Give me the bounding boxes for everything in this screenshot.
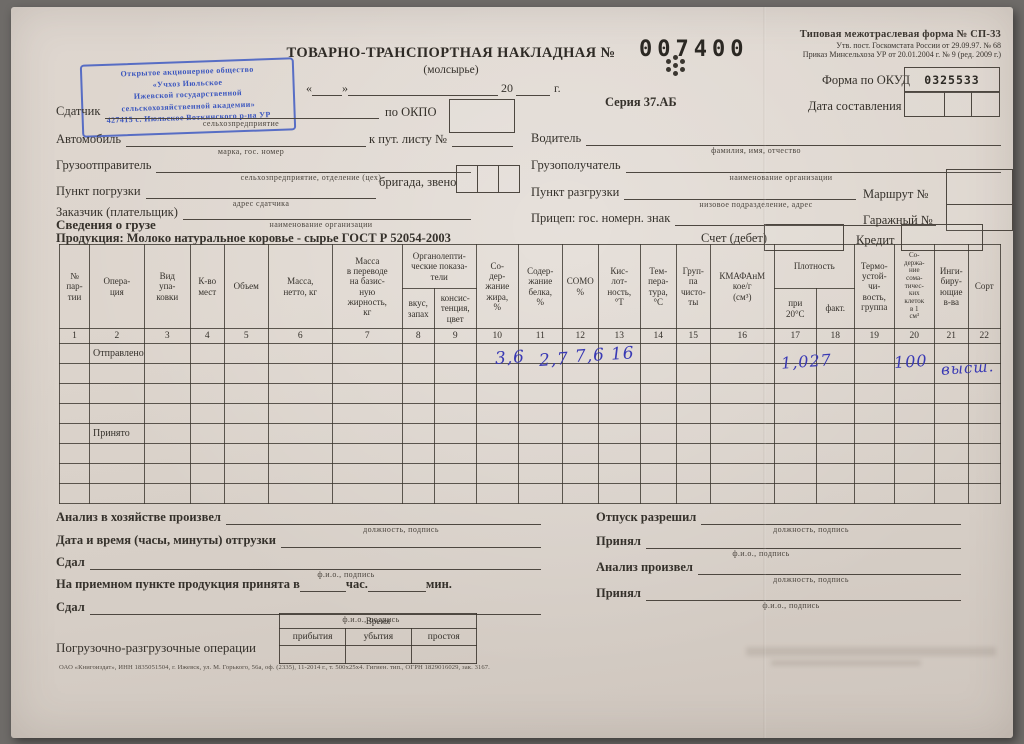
column-header: Масса в переводе на базис- ную жирность,… bbox=[332, 245, 402, 329]
column-header: № пар- тии bbox=[60, 245, 90, 329]
table-cell bbox=[934, 384, 968, 404]
sdatchik-blank bbox=[105, 102, 379, 119]
table-cell bbox=[268, 464, 332, 484]
table-number-row: 12345678910111213141516171819202122 bbox=[60, 329, 1001, 344]
table-cell bbox=[402, 444, 434, 464]
column-number: 15 bbox=[676, 329, 710, 344]
column-header: К-во мест bbox=[190, 245, 224, 329]
table-row: Принято bbox=[60, 424, 1001, 444]
avtomobil-sublabel: марка, гос. номер bbox=[161, 147, 341, 156]
table-cell bbox=[894, 444, 934, 464]
prinyal-blank bbox=[646, 532, 961, 549]
column-header: вкус, запах bbox=[402, 289, 434, 329]
table-cell bbox=[268, 484, 332, 504]
table-cell bbox=[402, 484, 434, 504]
column-header: Объем bbox=[224, 245, 268, 329]
column-number: 4 bbox=[190, 329, 224, 344]
table-cell bbox=[854, 404, 894, 424]
form-approval-line: Утв. пост. Госкомстата России от 29.09.9… bbox=[701, 41, 1001, 50]
marshrut-box bbox=[946, 169, 1013, 205]
table-cell bbox=[60, 484, 90, 504]
brigada-box bbox=[456, 165, 520, 193]
table-cell bbox=[60, 444, 90, 464]
field-analiz-proizvel: Анализ произвел bbox=[596, 559, 961, 575]
table-cell bbox=[60, 464, 90, 484]
date-cell bbox=[945, 92, 972, 116]
column-header: факт. bbox=[816, 289, 854, 329]
table-cell bbox=[934, 444, 968, 464]
table-cell bbox=[332, 484, 402, 504]
column-number: 13 bbox=[598, 329, 640, 344]
table-cell bbox=[676, 364, 710, 384]
table-cell bbox=[816, 404, 854, 424]
punkt-pogruzki-blank bbox=[146, 182, 376, 199]
sdal-blank bbox=[90, 553, 541, 570]
field-punkt-pogruzki: Пункт погрузки bbox=[56, 183, 376, 199]
density-header: Плотность bbox=[774, 245, 854, 289]
table-cell bbox=[816, 444, 854, 464]
column-number: 18 bbox=[816, 329, 854, 344]
marshrut-label: Маршрут № bbox=[863, 187, 928, 202]
punkt-razgruzki-label: Пункт разгрузки bbox=[531, 185, 624, 200]
table-cell bbox=[190, 404, 224, 424]
table-cell bbox=[854, 464, 894, 484]
field-voditel: Водитель bbox=[531, 130, 1001, 146]
table-cell bbox=[60, 344, 90, 364]
punkt-razgruzki-blank bbox=[624, 183, 856, 200]
date-month-blank bbox=[348, 83, 498, 96]
table-row bbox=[60, 404, 1001, 424]
table-cell bbox=[332, 384, 402, 404]
showthrough-smudge bbox=[771, 660, 921, 666]
table-cell bbox=[640, 344, 676, 364]
table-cell bbox=[854, 384, 894, 404]
table-cell bbox=[268, 344, 332, 364]
table-cell bbox=[710, 364, 774, 384]
column-number: 16 bbox=[710, 329, 774, 344]
table-cell bbox=[402, 464, 434, 484]
table-cell bbox=[710, 344, 774, 364]
table-cell bbox=[476, 384, 518, 404]
prinyal-blank bbox=[646, 584, 961, 601]
analiz-proizvel-sublabel: должность, подпись bbox=[711, 575, 911, 584]
column-number: 17 bbox=[774, 329, 816, 344]
table-cell bbox=[934, 404, 968, 424]
data-vremya-blank bbox=[281, 531, 541, 548]
column-number: 1 bbox=[60, 329, 90, 344]
table-cell bbox=[90, 384, 145, 404]
table-cell bbox=[60, 404, 90, 424]
table-cell bbox=[332, 404, 402, 424]
table-cell bbox=[190, 424, 224, 444]
handwritten-acidity-value: 16 bbox=[610, 343, 635, 365]
cargo-table: № пар- тии Опера- ция Вид упа- ковки К-в… bbox=[59, 244, 1001, 504]
table-cell bbox=[402, 344, 434, 364]
table-cell bbox=[268, 404, 332, 424]
document-subtitle: (молсырье) bbox=[236, 64, 666, 76]
field-prinyal-2: Принял bbox=[596, 585, 961, 601]
data-vremya-label: Дата и время (часы, минуты) отгрузки bbox=[56, 533, 281, 548]
gruzopoluchatel-blank bbox=[626, 156, 1001, 173]
table-row bbox=[60, 444, 1001, 464]
table-cell bbox=[968, 404, 1000, 424]
handwritten-fat-value: 3,6 bbox=[494, 347, 525, 369]
gruzootpravitel-blank bbox=[156, 156, 471, 173]
table-cell bbox=[774, 464, 816, 484]
table-cell bbox=[434, 464, 476, 484]
table-cell bbox=[934, 424, 968, 444]
column-number: 21 bbox=[934, 329, 968, 344]
handwritten-protein-value: 2,7 bbox=[538, 349, 569, 371]
table-cell bbox=[144, 484, 190, 504]
table-cell bbox=[968, 444, 1000, 464]
table-cell bbox=[676, 344, 710, 364]
table-cell bbox=[894, 464, 934, 484]
chas-label: час. bbox=[346, 577, 368, 591]
table-cell bbox=[268, 444, 332, 464]
brigada-cell bbox=[478, 166, 499, 192]
table-cell bbox=[144, 464, 190, 484]
table-cell bbox=[968, 484, 1000, 504]
punkt-razgruzki-sublabel: низовое подразделение, адрес bbox=[631, 200, 881, 209]
field-analiz-hozyaistvo: Анализ в хозяйстве произвел bbox=[56, 509, 541, 525]
table-cell bbox=[402, 424, 434, 444]
column-number: 7 bbox=[332, 329, 402, 344]
table-cell bbox=[434, 424, 476, 444]
pricep-label: Прицеп: гос. номерн. знак bbox=[531, 211, 675, 226]
column-header: Со- держа- ние сома- тичес- ких клеток в… bbox=[894, 245, 934, 329]
table-cell bbox=[774, 384, 816, 404]
table-cell bbox=[598, 464, 640, 484]
handwritten-grade-value: высш. bbox=[940, 357, 994, 379]
table-cell bbox=[640, 364, 676, 384]
gruzopoluchatel-label: Грузополучатель bbox=[531, 158, 626, 173]
column-header: Содер- жание белка, % bbox=[518, 245, 562, 329]
column-number: 14 bbox=[640, 329, 676, 344]
column-header: при 20°С bbox=[774, 289, 816, 329]
okud-code-box: 0325533 bbox=[904, 67, 1000, 93]
table-cell bbox=[598, 424, 640, 444]
table-cell bbox=[90, 464, 145, 484]
avtomobil-blank bbox=[126, 130, 366, 147]
table-cell bbox=[518, 464, 562, 484]
analiz-blank bbox=[226, 508, 541, 525]
min-label: мин. bbox=[426, 577, 452, 591]
compile-date-label: Дата составления bbox=[808, 99, 902, 114]
table-cell bbox=[934, 464, 968, 484]
table-cell bbox=[640, 404, 676, 424]
field-data-vremya: Дата и время (часы, минуты) отгрузки bbox=[56, 532, 541, 548]
table-cell bbox=[710, 444, 774, 464]
table-body: ОтправленоПринято bbox=[60, 344, 1001, 504]
table-cell bbox=[402, 384, 434, 404]
document-page: ТОВАРНО-ТРАНСПОРТНАЯ НАКЛАДНАЯ № 007400 … bbox=[11, 7, 1013, 738]
table-cell bbox=[968, 424, 1000, 444]
table-cell bbox=[598, 444, 640, 464]
handwritten-density-value: 1,027 bbox=[780, 350, 832, 372]
time-table-title: Время bbox=[280, 614, 477, 629]
table-cell bbox=[90, 404, 145, 424]
loading-operations-label: Погрузочно-разгрузочные операции bbox=[56, 640, 256, 656]
table-cell bbox=[190, 384, 224, 404]
table-cell bbox=[562, 404, 598, 424]
table-cell bbox=[710, 384, 774, 404]
table-cell bbox=[676, 464, 710, 484]
organoleptic-header: Органолепти- ческие показа- тели bbox=[402, 245, 476, 289]
table-cell bbox=[476, 464, 518, 484]
field-avtomobil: Автомобиль bbox=[56, 131, 366, 147]
table-cell bbox=[268, 384, 332, 404]
table-cell bbox=[476, 444, 518, 464]
table-cell bbox=[894, 384, 934, 404]
column-header: Кис- лот- ность, °Т bbox=[598, 245, 640, 329]
table-cell bbox=[144, 424, 190, 444]
sdatchik-sublabel: сельхозпредприятие bbox=[151, 119, 331, 128]
table-cell bbox=[676, 484, 710, 504]
column-number: 22 bbox=[968, 329, 1000, 344]
table-row bbox=[60, 364, 1001, 384]
field-gruzootpravitel: Грузоотправитель bbox=[56, 157, 471, 173]
column-number: 3 bbox=[144, 329, 190, 344]
analiz-label: Анализ в хозяйстве произвел bbox=[56, 510, 226, 525]
table-cell bbox=[676, 384, 710, 404]
table-cell bbox=[518, 484, 562, 504]
table-cell bbox=[434, 404, 476, 424]
table-cell bbox=[60, 424, 90, 444]
table-row bbox=[60, 384, 1001, 404]
table-cell bbox=[332, 344, 402, 364]
okud-code-value: 0325533 bbox=[905, 68, 999, 92]
table-cell bbox=[968, 464, 1000, 484]
prinyal-sublabel: ф.и.о., подпись bbox=[671, 549, 851, 558]
brigada-label: бригада, звено bbox=[379, 175, 456, 190]
column-number: 2 bbox=[90, 329, 145, 344]
form-reference-block: Типовая межотраслевая форма № СП-33 Утв.… bbox=[701, 29, 1001, 59]
otpusk-label: Отпуск разрешил bbox=[596, 510, 701, 525]
table-cell bbox=[562, 384, 598, 404]
table-cell bbox=[476, 484, 518, 504]
table-cell bbox=[224, 464, 268, 484]
column-header: консис- тенция, цвет bbox=[434, 289, 476, 329]
table-cell bbox=[90, 484, 145, 504]
table-cell bbox=[676, 444, 710, 464]
date-cell bbox=[972, 92, 999, 116]
table-cell bbox=[710, 484, 774, 504]
column-header: Вид упа- ковки bbox=[144, 245, 190, 329]
table-cell bbox=[968, 384, 1000, 404]
column-number: 12 bbox=[562, 329, 598, 344]
table-cell bbox=[774, 484, 816, 504]
column-number: 19 bbox=[854, 329, 894, 344]
column-header: Сорт bbox=[968, 245, 1000, 329]
table-cell bbox=[332, 464, 402, 484]
table-cell bbox=[144, 384, 190, 404]
table-cell bbox=[224, 484, 268, 504]
column-number: 5 bbox=[224, 329, 268, 344]
year-prefix: 20 bbox=[498, 81, 516, 96]
table-cell bbox=[640, 484, 676, 504]
table-cell bbox=[816, 484, 854, 504]
table-cell bbox=[434, 444, 476, 464]
column-number: 6 bbox=[268, 329, 332, 344]
table-cell bbox=[144, 364, 190, 384]
table-cell bbox=[562, 464, 598, 484]
time-cell bbox=[411, 646, 477, 664]
field-punkt-razgruzki: Пункт разгрузки bbox=[531, 184, 856, 200]
table-cell bbox=[268, 424, 332, 444]
table-cell bbox=[894, 404, 934, 424]
table-cell bbox=[854, 484, 894, 504]
showthrough-smudge bbox=[746, 647, 996, 656]
table-cell bbox=[640, 384, 676, 404]
handwritten-somatic-value: 100 bbox=[893, 351, 928, 372]
table-cell bbox=[518, 384, 562, 404]
column-number: 9 bbox=[434, 329, 476, 344]
okpo-box bbox=[449, 99, 515, 133]
year-suffix: г. bbox=[550, 81, 561, 96]
time-cell bbox=[280, 646, 346, 664]
brigada-cell bbox=[499, 166, 519, 192]
time-col-departure: убытия bbox=[346, 629, 411, 646]
table-cell bbox=[710, 404, 774, 424]
time-cell bbox=[346, 646, 411, 664]
time-table: Время прибытия убытия простоя bbox=[279, 613, 477, 664]
priem-line: На приемном пункте продукция принята вча… bbox=[56, 577, 452, 592]
table-cell bbox=[434, 384, 476, 404]
punkt-pogruzki-label: Пункт погрузки bbox=[56, 184, 146, 199]
table-cell bbox=[224, 424, 268, 444]
date-line: «»20г. bbox=[306, 81, 606, 96]
handwritten-somo-value: 7,6 bbox=[574, 345, 605, 367]
table-row: Отправлено bbox=[60, 344, 1001, 364]
table-cell bbox=[90, 364, 145, 384]
table-cell bbox=[710, 464, 774, 484]
table-cell bbox=[894, 484, 934, 504]
series-label: Серия 37.АБ bbox=[605, 95, 677, 110]
table-cell bbox=[934, 484, 968, 504]
brigada-cell bbox=[457, 166, 478, 192]
table-cell bbox=[224, 444, 268, 464]
table-cell bbox=[224, 404, 268, 424]
table-cell bbox=[854, 444, 894, 464]
table-cell bbox=[598, 484, 640, 504]
table-cell bbox=[854, 424, 894, 444]
column-header: Тем- пера- тура, °С bbox=[640, 245, 676, 329]
registration-mark-icon bbox=[673, 63, 678, 68]
table-cell bbox=[640, 444, 676, 464]
table-cell bbox=[268, 364, 332, 384]
gruzopoluchatel-sublabel: наименование организации bbox=[651, 173, 911, 182]
table-cell bbox=[774, 404, 816, 424]
sdal-label: Сдал bbox=[56, 600, 90, 615]
table-cell bbox=[518, 424, 562, 444]
okpo-label: по ОКПО bbox=[385, 105, 436, 120]
column-header: СОМО % bbox=[562, 245, 598, 329]
table-cell bbox=[190, 364, 224, 384]
table-cell bbox=[710, 424, 774, 444]
analiz-proizvel-blank bbox=[698, 558, 961, 575]
column-header: Масса, нетто, кг bbox=[268, 245, 332, 329]
table-cell bbox=[434, 364, 476, 384]
priem-min-blank bbox=[368, 579, 426, 592]
form-type-line: Типовая межотраслевая форма № СП-33 bbox=[701, 29, 1001, 40]
field-putlist: к пут. листу № bbox=[369, 131, 513, 147]
table-cell bbox=[144, 344, 190, 364]
table-cell bbox=[60, 364, 90, 384]
analiz-proizvel-label: Анализ произвел bbox=[596, 560, 698, 575]
time-col-arrival: прибытия bbox=[280, 629, 346, 646]
table-cell bbox=[144, 404, 190, 424]
prinyal-sublabel: ф.и.о., подпись bbox=[691, 601, 891, 610]
date-year-blank bbox=[516, 83, 550, 96]
table-cell bbox=[676, 404, 710, 424]
gruzootpravitel-label: Грузоотправитель bbox=[56, 158, 156, 173]
putlist-blank bbox=[452, 130, 513, 147]
table-cell bbox=[434, 484, 476, 504]
table-cell bbox=[190, 464, 224, 484]
column-number: 8 bbox=[402, 329, 434, 344]
operation-cell: Принято bbox=[90, 424, 145, 444]
compile-date-box bbox=[904, 91, 1000, 117]
table-cell bbox=[774, 424, 816, 444]
otpusk-blank bbox=[701, 508, 961, 525]
table-row bbox=[60, 464, 1001, 484]
table-cell bbox=[854, 364, 894, 384]
table-cell bbox=[476, 404, 518, 424]
column-header: Термо- устой- чи- вость, группа bbox=[854, 245, 894, 329]
priem-hour-blank bbox=[300, 579, 346, 592]
table-cell bbox=[518, 444, 562, 464]
table-cell bbox=[816, 464, 854, 484]
column-header: КМАФАнМ кое/г (см³) bbox=[710, 245, 774, 329]
document-title: ТОВАРНО-ТРАНСПОРТНАЯ НАКЛАДНАЯ № bbox=[236, 45, 666, 62]
zakazchik-sublabel: наименование организации bbox=[186, 220, 456, 229]
table-cell bbox=[144, 444, 190, 464]
date-cell bbox=[905, 92, 945, 116]
table-cell bbox=[224, 384, 268, 404]
operation-cell: Отправлено bbox=[90, 344, 145, 364]
sdal-label: Сдал bbox=[56, 555, 90, 570]
table-cell bbox=[562, 444, 598, 464]
prinyal-label: Принял bbox=[596, 534, 646, 549]
table-cell bbox=[816, 384, 854, 404]
table-cell bbox=[90, 444, 145, 464]
table-cell bbox=[598, 384, 640, 404]
table-cell bbox=[598, 404, 640, 424]
table-cell bbox=[774, 444, 816, 464]
column-number: 11 bbox=[518, 329, 562, 344]
table-cell bbox=[190, 444, 224, 464]
table-cell bbox=[518, 404, 562, 424]
form-order-line: Приказ Минсельхоза УР от 20.01.2004 г. №… bbox=[701, 50, 1001, 59]
table-cell bbox=[332, 444, 402, 464]
field-sdatchik: Сдатчик bbox=[56, 103, 379, 119]
table-cell bbox=[676, 424, 710, 444]
table-cell bbox=[332, 424, 402, 444]
printer-imprint: ОАО «Книгоиздат», ИНН 1835051504, г. Иже… bbox=[59, 664, 619, 671]
table-cell bbox=[640, 424, 676, 444]
field-prinyal-1: Принял bbox=[596, 533, 961, 549]
table-cell bbox=[598, 364, 640, 384]
field-otpusk: Отпуск разрешил bbox=[596, 509, 961, 525]
table-cell bbox=[640, 464, 676, 484]
table-cell bbox=[190, 484, 224, 504]
table-cell bbox=[476, 424, 518, 444]
date-day-blank bbox=[312, 83, 342, 96]
table-cell bbox=[224, 344, 268, 364]
priem-label: На приемном пункте продукция принята в bbox=[56, 577, 300, 591]
zakazchik-blank bbox=[183, 203, 471, 220]
